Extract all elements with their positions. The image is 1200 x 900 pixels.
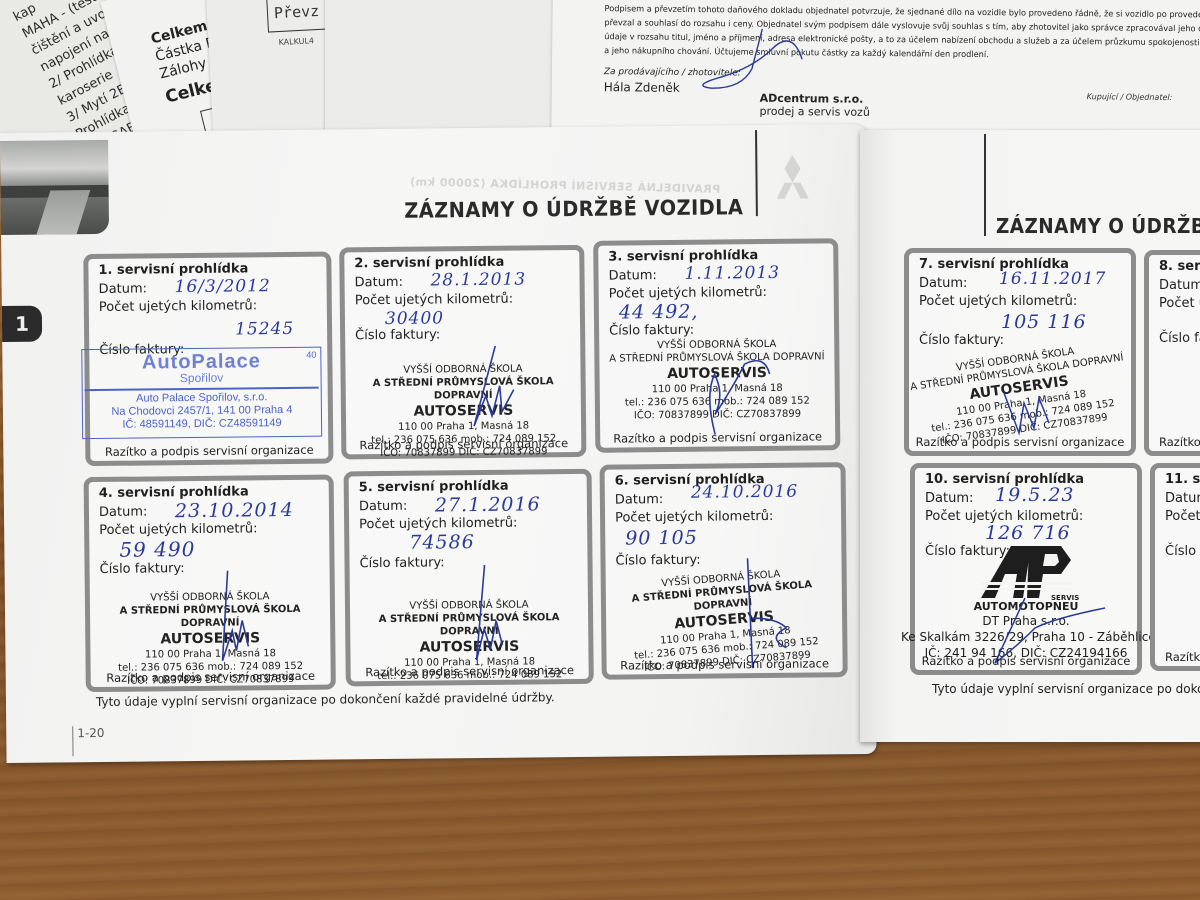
km-label: Počet ujetých kilometrů: [919,294,1077,309]
service-date: 23.10.2014 [175,499,294,522]
service-date: 16.11.2017 [999,269,1106,289]
stamp-signature-label: Razítko a podpis servisní organizace [346,434,581,454]
date-label: Datum: [1165,491,1200,506]
sheet-c-code: KALKUL4 [278,36,314,47]
automotopneu-stamp: SERVIS AUTOMOTOPNEU DT Praha s.r.o. Ke S… [901,538,1151,661]
stamp-signature-label: Razítko a podpis servisní organizace [600,427,835,447]
amp-logo-icon: SERVIS [971,538,1081,602]
stamp-signature-label: Razítko a podpis servisní organizace [91,667,331,688]
signature-icon [692,28,813,99]
service-km: 90 105 [625,527,698,550]
service-record-6: 6. servisní prohlídka Datum: 24.10.2016 … [600,462,848,680]
invoice-label: Číslo faktury: [359,555,444,571]
service-record-4: 4. servisní prohlídka Datum: 23.10.2014 … [84,475,336,693]
service-km: 44 492, [619,301,699,324]
service-record-2: 2. servisní prohlídka Datum: 28.1.2013 P… [339,245,586,460]
show-through-title: PRAVIDELNÁ SERVISNÍ PROHLÍDKA (20000 km) [410,175,721,196]
page-number: 1-20 [72,726,105,756]
service-record-3: 3. servisní prohlídka Datum: 1.11.2013 P… [593,238,840,453]
service-record-8: 8. servisní prohlídka Datum: Počet ujetý… [1144,250,1200,456]
date-label: Datum: [608,268,657,284]
km-label: Počet ujetých kilometrů: [359,516,517,533]
invoice-label: Číslo faktury: [1165,544,1200,559]
autoservis-stamp: VYŠŠÍ ODBORNÁ ŠKOLA A STŘEDNÍ PRŮMYSLOVÁ… [599,337,835,422]
date-label: Datum: [919,276,967,291]
service-record-11: 11. servisní prohlídka Datum: Počet ujet… [1150,463,1200,671]
service-title: 11. servisní prohlídka [1165,472,1200,487]
stamp-line: Na Chodovci 2457/1, 141 00 Praha 4 [83,403,321,418]
service-km: 30400 [385,308,444,329]
stamp-signature-label: Razítko a podpis servisní organizace [1155,648,1200,666]
stamp-signature-label: Razítko a podpis servisní organizace [1149,433,1200,451]
background-blank-sheet [325,0,555,145]
service-record-5: 5. servisní prohlídka Datum: 27.1.2016 P… [344,469,594,687]
stamp-line: A STŘEDNÍ PRŮMYSLOVÁ ŠKOLA DOPRAVNÍ [599,350,834,365]
stamp-signature-label: Razítko a podpis servisní organizace [915,652,1137,670]
highway-photo-image [0,140,109,235]
invoice-label: Číslo faktury: [1159,331,1200,346]
service-title: 1. servisní prohlídka [98,261,248,278]
buyer-label: Kupující / Objednatel: [1087,92,1173,102]
booklet-left-page: 1 PRAVIDELNÁ SERVISNÍ PROHLÍDKA (20000 k… [0,124,877,763]
invoice-label: Číslo faktury: [919,333,1004,348]
service-km: 105 116 [1001,311,1087,333]
service-title: 5. servisní prohlídka [359,479,509,496]
km-label: Počet ujetých kilometrů: [355,292,513,309]
service-title: 8. servisní prohlídka [1159,259,1200,274]
stamp-line: IČ: 48591149, DIČ: CZ48591149 [83,416,321,431]
date-label: Datum: [99,281,148,297]
service-km: 74586 [409,531,475,554]
km-label: Počet ujetých kilometrů: [99,521,257,538]
date-label: Datum: [925,491,973,506]
service-record-10: 10. servisní prohlídka Datum: 19.5.23 Po… [910,463,1142,675]
brand-logo-icon [772,154,813,214]
title-divider [984,134,986,236]
service-date: 19.5.23 [995,484,1075,506]
date-label: Datum: [99,504,148,520]
km-label: Počet ujetých kilometrů: [609,285,767,302]
invoice-label: Číslo faktury: [99,561,184,577]
stamp-line: A STŘEDNÍ PRŮMYSLOVÁ ŠKOLA DOPRAVNÍ [346,375,581,403]
stamp-line: DT Praha s.r.o. [901,613,1151,629]
service-date: 28.1.2013 [430,269,526,290]
stamp-line: Ke Skalkám 3226/29, Praha 10 - Záběhlice [901,629,1151,645]
stamp-signature-label: Razítko a podpis servisní organizace [607,654,843,674]
stamp-signature-label: Razítko a podpis servisní organizace [909,433,1131,451]
stamp-signature-label: Razítko a podpis servisní organizace [351,661,589,681]
service-title: 2. servisní prohlídka [354,255,504,272]
service-km: 15245 [235,319,294,340]
service-date: 27.1.2016 [435,493,541,516]
stamp-signature-label: Razítko a podpis servisní organizace [90,441,328,461]
stamp-line: A STŘEDNÍ PRŮMYSLOVÁ ŠKOLA DOPRAVNÍ [350,611,588,639]
date-label: Datum: [359,499,408,515]
stamp-number: 40 [306,350,316,360]
booklet-right-page: ZÁZNAMY O ÚDRŽBĚ 7. servisní prohlídka D… [860,130,1200,742]
date-label: Datum: [615,492,664,508]
instruction-note: Tyto údaje vyplní servisní organizace po… [932,682,1200,696]
service-date: 16/3/2012 [175,276,271,297]
invoice-label: Číslo faktury: [355,327,440,343]
invoice-label: Číslo faktury: [615,553,700,569]
km-label: Počet ujetých kilometrů: [1165,509,1200,524]
stamp-sub: Spořilov [83,370,321,386]
service-date: 24.10.2016 [691,482,799,503]
date-label: Datum: [1159,278,1200,293]
page-title: ZÁZNAMY O ÚDRŽBĚ VOZIDLA [404,195,743,223]
stamp-brand: AUTOMOTOPNEU [901,600,1151,613]
page-title: ZÁZNAMY O ÚDRŽBĚ [996,214,1200,238]
km-label: Počet ujetých kilometrů: [1159,296,1200,311]
chapter-tab: 1 [2,306,42,342]
company-subtitle: prodej a servis vozů [759,105,869,119]
stamp-line: IČO: 70837899 DIČ: CZ70837899 [600,407,835,422]
service-title: 3. servisní prohlídka [608,248,758,265]
service-date: 1.11.2013 [684,263,780,284]
stamp-line: A STŘEDNÍ PRŮMYSLOVÁ ŠKOLA DOPRAVNÍ [90,603,330,632]
km-label: Počet ujetých kilometrů: [615,509,773,526]
service-record-7: 7. servisní prohlídka Datum: 16.11.2017 … [904,248,1136,456]
invoice-label: Číslo faktury: [609,323,694,339]
service-km: 59 490 [119,537,195,562]
title-divider [755,130,757,216]
km-label: Počet ujetých kilometrů: [99,298,257,315]
background-invoice-sheet-e: Podpisem a převzetím tohoto daňového dok… [551,0,1200,143]
instruction-note: Tyto údaje vyplní servisní organizace po… [96,690,555,709]
date-label: Datum: [355,275,404,291]
autopalace-stamp: 40 AutoPalace Spořilov Auto Palace Spoři… [81,347,322,440]
service-record-1: 1. servisní prohlídka Datum: 16/3/2012 P… [83,252,333,467]
service-title: 4. servisní prohlídka [99,484,249,501]
